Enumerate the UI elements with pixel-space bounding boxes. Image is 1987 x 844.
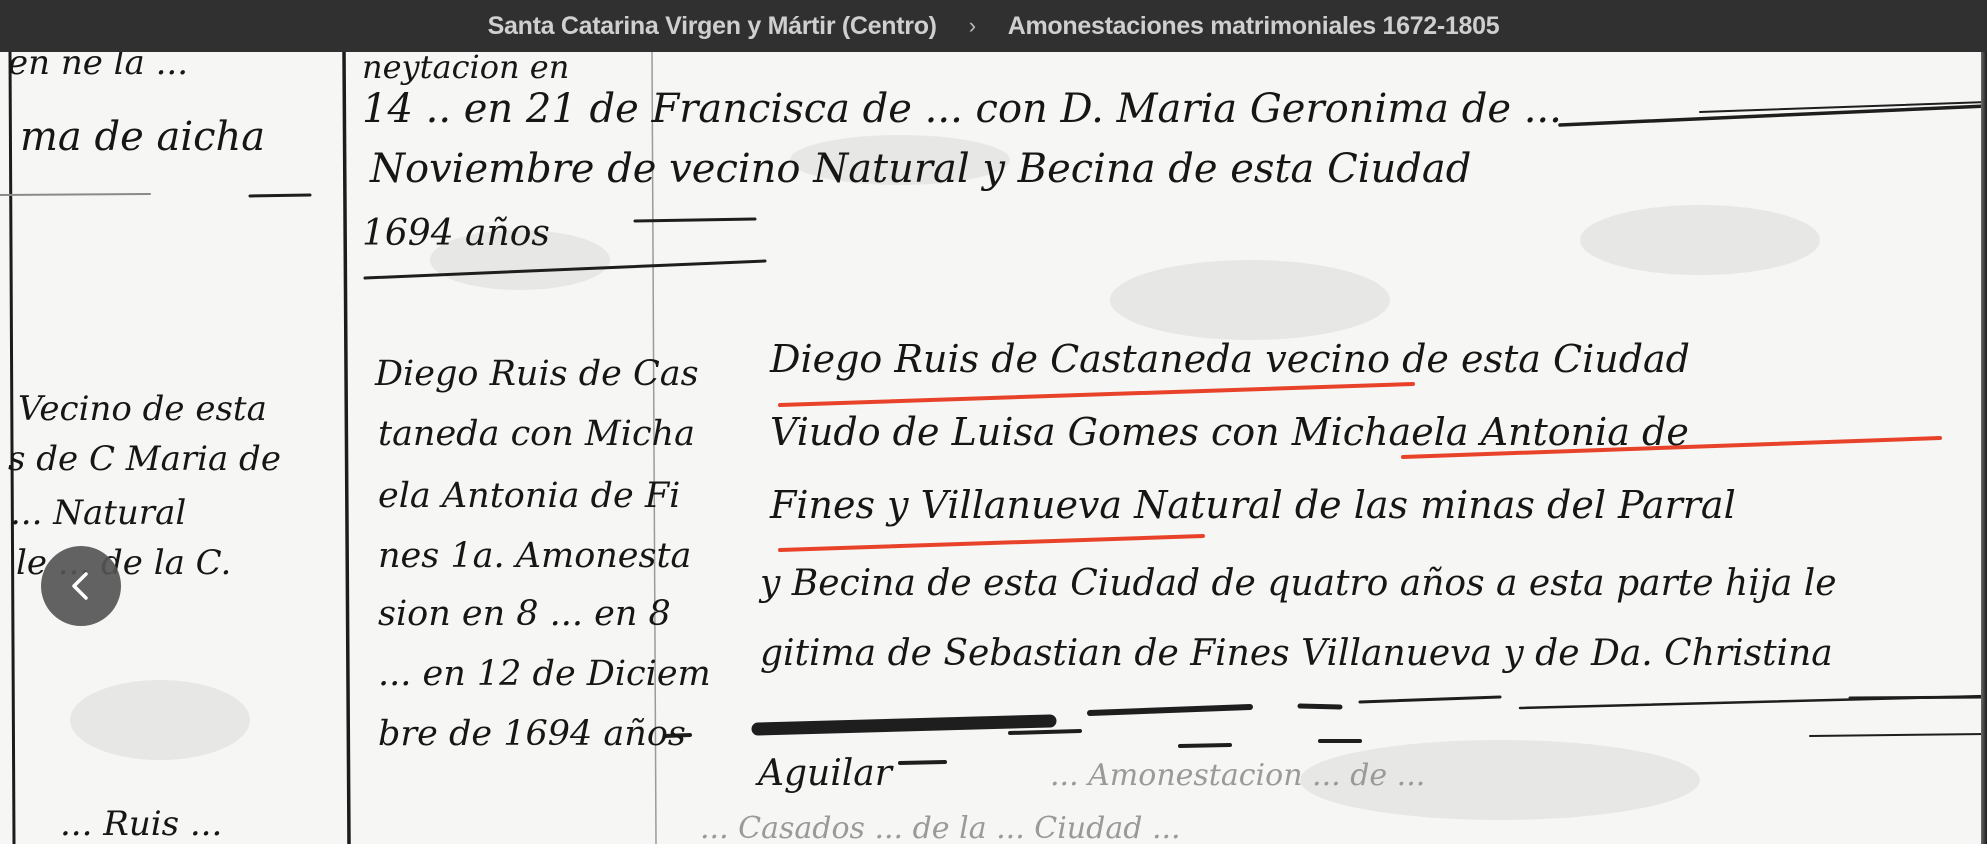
previous-image-button[interactable]: [41, 546, 121, 626]
svg-text:bre de 1694 años: bre de 1694 años: [378, 714, 686, 754]
title-bar: Santa Catarina Virgen y Mártir (Centro) …: [0, 0, 1987, 52]
svg-text:neytacion en: neytacion en: [362, 52, 569, 86]
svg-text:... Natural: ... Natural: [10, 493, 186, 533]
svg-text:Viudo de Luisa Gomes con Mich: Viudo de Luisa Gomes con Michaela Antoni…: [770, 410, 1689, 454]
svg-text:Diego Ruis de Castaneda v: Diego Ruis de Castaneda vecino de esta C…: [769, 337, 1690, 381]
svg-text:Noviembre de vecino Natural y: Noviembre de vecino Natural y Becina de …: [369, 146, 1471, 192]
svg-text:gitima de Sebastian de Fines V: gitima de Sebastian de Fines Villanueva …: [760, 633, 1833, 674]
chevron-left-icon: [68, 571, 94, 601]
svg-text:... Amonestacion ... de ...: ... Amonestacion ... de ...: [1050, 758, 1425, 793]
margin-note: en ne la ...: [8, 52, 188, 83]
document-image[interactable]: en ne la ... ma de aicha Vecino de esta …: [0, 52, 1987, 844]
svg-text:14 .. en 21 de Francisca de .: 14 .. en 21 de Francisca de ... con D. M…: [362, 86, 1562, 132]
svg-text:s de C Maria de: s de C Maria de: [8, 439, 281, 479]
svg-text:... Ruis ...: ... Ruis ...: [60, 804, 222, 844]
svg-text:1694 años: 1694 años: [362, 213, 550, 254]
svg-text:Fines y Villanueva Natural de: Fines y Villanueva Natural de las minas …: [769, 483, 1736, 527]
highlight-fines-villanueva: [780, 536, 1203, 550]
breadcrumb-separator-icon: ›: [969, 13, 976, 39]
breadcrumb-collection[interactable]: Amonestaciones matrimoniales 1672-1805: [1004, 12, 1504, 41]
page-edge: [1981, 52, 1987, 844]
breadcrumb-parish[interactable]: Santa Catarina Virgen y Mártir (Centro): [484, 12, 941, 41]
margin-rule: [344, 52, 349, 844]
svg-text:sion en 8 ... en 8: sion en 8 ... en 8: [378, 594, 671, 634]
svg-text:Vecino de esta: Vecino de esta: [18, 389, 267, 429]
svg-text:ela Antonia de Fi: ela Antonia de Fi: [378, 476, 680, 516]
svg-text:... Casados ... de la ... Ciud: ... Casados ... de la ... Ciudad ...: [700, 811, 1181, 844]
register-page-scan: en ne la ... ma de aicha Vecino de esta …: [0, 52, 1987, 844]
svg-text:taneda con Micha: taneda con Micha: [378, 414, 695, 454]
svg-text:Aguilar: Aguilar: [755, 753, 894, 794]
highlight-diego-ruis: [780, 384, 1413, 405]
svg-text:Diego Ruis de Cas: Diego Ruis de Cas: [374, 354, 699, 394]
svg-text:ma de aicha: ma de aicha: [20, 114, 265, 160]
svg-text:y Becina de esta Ciudad de qua: y Becina de esta Ciudad de quatro años a…: [758, 563, 1837, 604]
svg-text:nes 1a. Amonesta: nes 1a. Amonesta: [378, 536, 691, 576]
svg-text:... en 12 de Diciem: ... en 12 de Diciem: [378, 654, 711, 694]
